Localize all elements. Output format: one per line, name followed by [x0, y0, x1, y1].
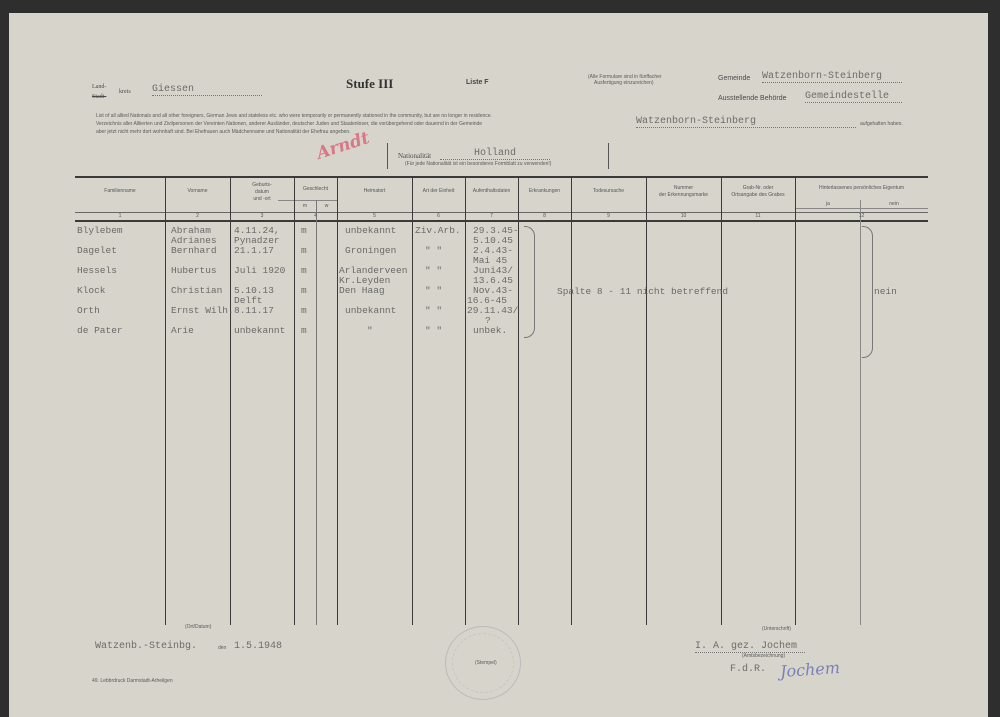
span-note: Spalte 8 - 11 nicht betreffend	[557, 287, 728, 297]
cell-birth: 21.1.17	[234, 246, 274, 256]
cell-unit: " "	[425, 326, 442, 336]
cell-sex: m	[301, 246, 307, 256]
cell-sex: m	[301, 326, 307, 336]
brace-right	[862, 226, 873, 358]
col-header-familienname: Familienname	[75, 188, 165, 195]
col-divider	[795, 177, 796, 625]
col-number: 2	[165, 213, 230, 219]
cell-home: "	[367, 326, 373, 336]
cell-family: de Pater	[77, 326, 123, 336]
form-title: Stufe III	[346, 76, 393, 92]
col-header-todesursache: Todesursache	[571, 188, 646, 195]
cell-family: Orth	[77, 306, 100, 316]
cell-family: Hessels	[77, 266, 117, 276]
col-header-geburt: Geburts- datum und -ort	[230, 182, 294, 203]
col-header-einheit: Art der Einheit	[412, 188, 465, 195]
col-header-aufenthalt: Aufenthaltsdaten	[465, 188, 518, 195]
col-header-geschlecht: Geschlecht	[294, 186, 337, 193]
cell-home: unbekannt	[345, 306, 396, 316]
property-subrule	[796, 208, 928, 209]
cell-given: Arie	[171, 326, 194, 336]
col-header-erkennungsmarke: Nummer der Erkennungsmarke	[646, 185, 721, 199]
cell-home: Groningen	[345, 246, 396, 256]
col-header-eigentum-nein: nein	[860, 201, 928, 208]
brace-right	[524, 226, 535, 338]
den-label: den	[218, 645, 226, 651]
col-divider	[646, 177, 647, 625]
nationality-label: Nationalität	[398, 152, 431, 160]
col-header-vorname: Vorname	[165, 188, 230, 195]
list-label: Liste F	[466, 79, 489, 86]
col-divider	[571, 177, 572, 625]
col-number: 8	[518, 213, 571, 219]
col-header-heimatort: Heimatort	[337, 188, 412, 195]
col-header-sex-w: w	[316, 203, 337, 210]
cell-dates: 29.11.43/	[467, 306, 518, 316]
fdr-label: F.d.R.	[730, 664, 766, 675]
community-value: Watzenborn-Steinberg	[636, 116, 856, 128]
col-divider	[294, 177, 295, 625]
ort-label: (Ort/Datum)	[185, 624, 211, 630]
cell-given: Christian	[171, 286, 222, 296]
copies-note-2: Ausfertigung einzureichen)	[594, 80, 653, 86]
gemeinde-label: Gemeinde	[718, 75, 750, 82]
cell-unit: " "	[425, 266, 442, 276]
cell-home: unbekannt	[345, 226, 396, 236]
col-divider	[337, 177, 338, 625]
col-divider	[412, 177, 413, 625]
col-number: 9	[571, 213, 646, 219]
col-number: 11	[721, 213, 795, 219]
cell-unit: " "	[425, 246, 442, 256]
col-number: 10	[646, 213, 721, 219]
behoerde-value: Gemeindestelle	[805, 91, 902, 103]
nationality-value: Holland	[440, 148, 550, 160]
cell-sex: m	[301, 226, 307, 236]
cell-birth: unbekannt	[234, 326, 285, 336]
col-number: 4	[294, 213, 337, 219]
cell-unit: " "	[425, 286, 442, 296]
kreis-value: Giessen	[152, 84, 262, 96]
stadt-label: Stadt-	[92, 94, 106, 100]
cell-sex: m	[301, 306, 307, 316]
cell-birth: Juli 1920	[234, 266, 285, 276]
col-number: 6	[412, 213, 465, 219]
col-header-sex-m: m	[294, 203, 316, 210]
cell-unit: " "	[425, 306, 442, 316]
community-suffix: aufgehalten haben.	[860, 121, 903, 127]
cell-home: Den Haag	[339, 286, 385, 296]
signer-title-label: (Amtsbezeichnung)	[742, 653, 785, 659]
signature-label: (Unterschrift)	[762, 626, 791, 632]
printer-note: 49. Lebbrdruck Darmstadt-Arheilgen	[92, 678, 173, 684]
cell-sex: m	[301, 286, 307, 296]
nationality-note: (Für jede Nationalität ist ein besondere…	[405, 161, 551, 167]
footer-date: 1.5.1948	[234, 641, 282, 652]
cell-family: Klock	[77, 286, 106, 296]
col-divider	[316, 200, 317, 625]
stamp-label: (Stempel)	[475, 660, 497, 666]
instruction-german: Verzeichnis aller Alliierten und Zivilpe…	[96, 121, 616, 127]
cell-given: Ernst Wilh.	[171, 306, 234, 316]
table-body-rule	[75, 220, 928, 222]
col-divider	[465, 177, 466, 625]
cell-given: Bernhard	[171, 246, 217, 256]
col-header-eigentum: Hinterlassenes persönliches Eigentum	[795, 185, 928, 192]
col-header-erkrankungen: Erkrankungen	[518, 188, 571, 195]
col12-value: nein	[874, 287, 897, 297]
col-divider	[230, 177, 231, 625]
kreis-label: kreis	[119, 89, 131, 95]
cell-given: Hubertus	[171, 266, 217, 276]
cell-dates: unbek.	[473, 326, 507, 336]
cell-sex: m	[301, 266, 307, 276]
cell-family: Blylebem	[77, 226, 123, 236]
table-top-rule	[75, 176, 928, 178]
gemeinde-value: Watzenborn-Steinberg	[762, 71, 902, 83]
col-divider	[721, 177, 722, 625]
col-divider	[165, 177, 166, 625]
signer-name: I. A. gez. Jochem	[695, 641, 805, 653]
col-number: 1	[75, 213, 165, 219]
col-header-grab: Grab-Nr. oder Ortsangabe des Grabes	[721, 185, 795, 199]
footer-place: Watzenb.-Steinbg.	[95, 641, 197, 652]
col-number: 12	[795, 213, 928, 219]
cell-birth: 8.11.17	[234, 306, 274, 316]
col-divider	[518, 177, 519, 625]
land-label: Land-	[92, 84, 106, 90]
col-number: 7	[465, 213, 518, 219]
col-number: 5	[337, 213, 412, 219]
col-number: 3	[230, 213, 294, 219]
col-header-eigentum-ja: ja	[796, 201, 860, 208]
behoerde-label: Ausstellende Behörde	[718, 95, 787, 102]
col-divider	[860, 200, 861, 625]
instruction-english: List of all allied Nationals and all oth…	[96, 113, 616, 119]
cell-unit: Ziv.Arb.	[415, 226, 461, 236]
cell-family: Dagelet	[77, 246, 117, 256]
